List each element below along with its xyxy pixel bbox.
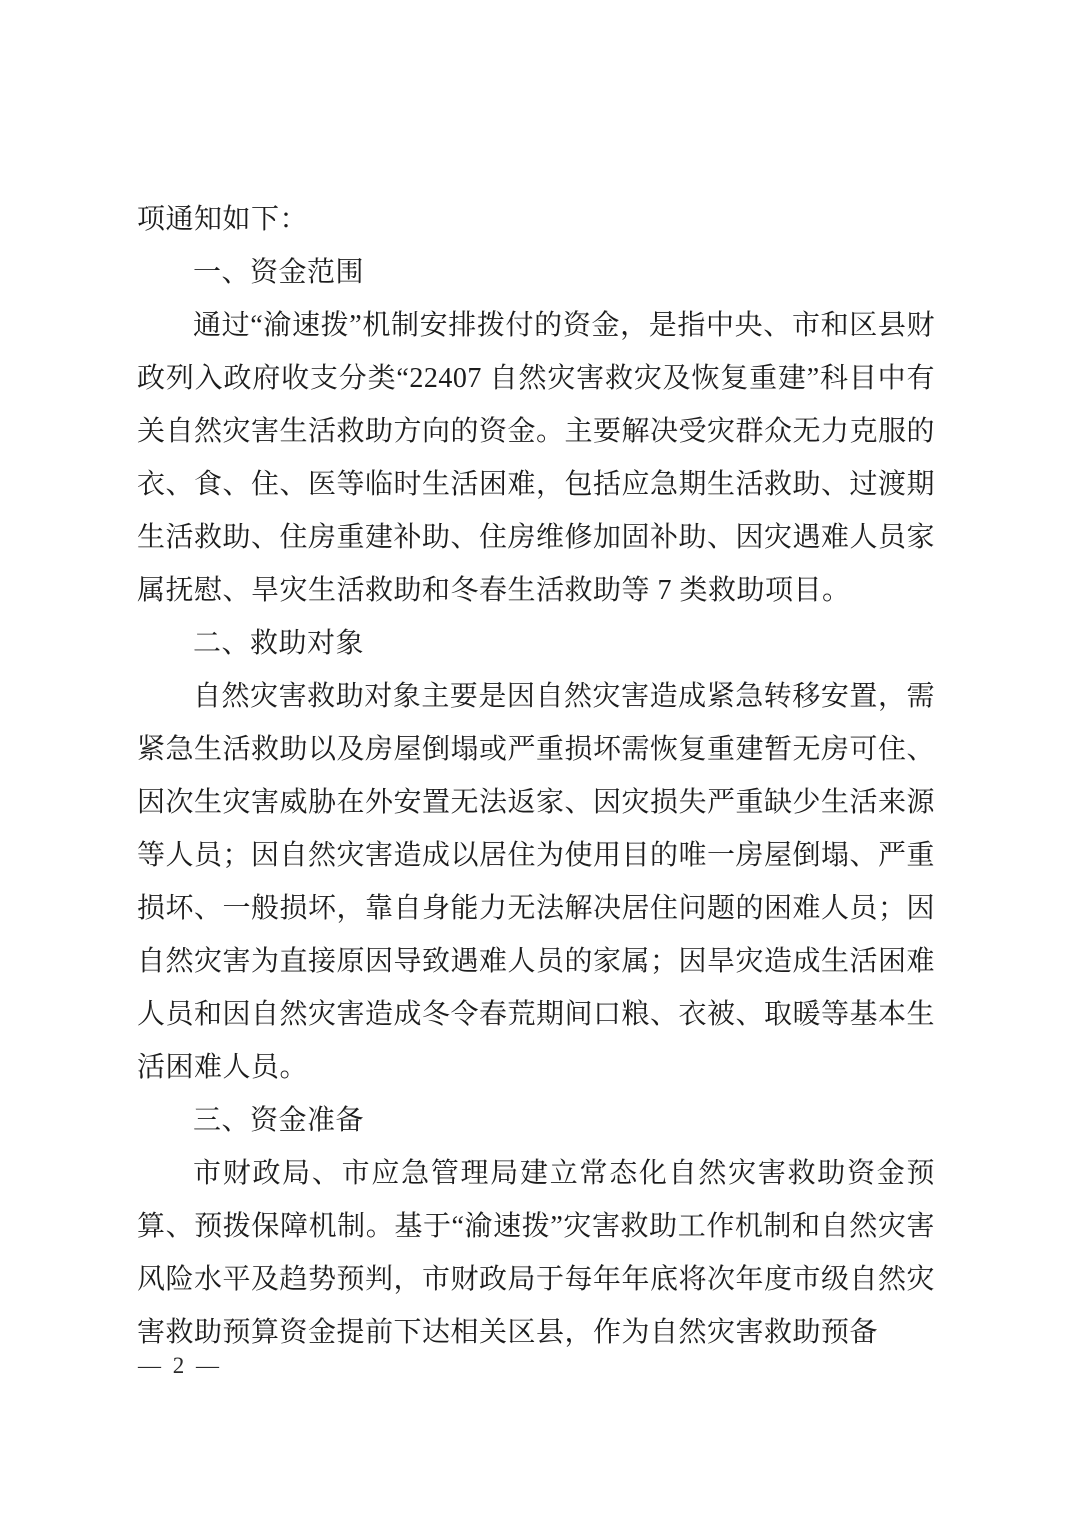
continuation-line: 项通知如下： [137, 193, 935, 246]
section-2-paragraph: 自然灾害救助对象主要是因自然灾害造成紧急转移安置，需紧急生活救助以及房屋倒塌或严… [137, 670, 935, 1094]
section-heading-3: 三、资金准备 [137, 1094, 935, 1147]
document-body: 项通知如下： 一、资金范围 通过“渝速拨”机制安排拨付的资金，是指中央、市和区县… [137, 193, 935, 1359]
section-1-paragraph: 通过“渝速拨”机制安排拨付的资金，是指中央、市和区县财政列入政府收支分类“224… [137, 299, 935, 617]
section-heading-1: 一、资金范围 [137, 246, 935, 299]
section-heading-2: 二、救助对象 [137, 617, 935, 670]
document-page: 项通知如下： 一、资金范围 通过“渝速拨”机制安排拨付的资金，是指中央、市和区县… [0, 0, 1074, 1520]
section-3-paragraph: 市财政局、市应急管理局建立常态化自然灾害救助资金预算、预拨保障机制。基于“渝速拨… [137, 1147, 935, 1359]
page-number: — 2 — [138, 1350, 222, 1382]
